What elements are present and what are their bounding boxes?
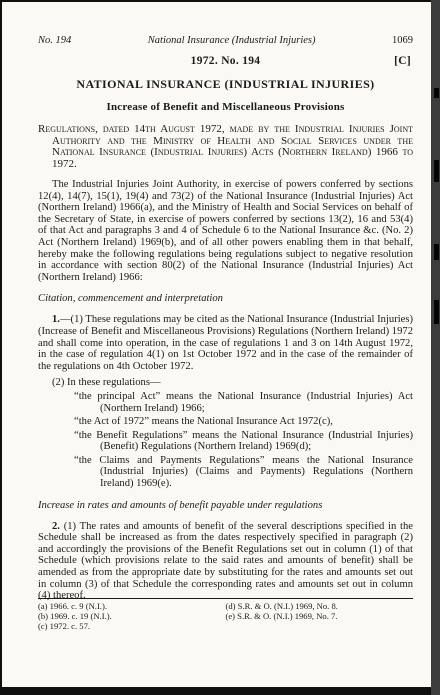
doc-year-number: 1972. No. 194 <box>191 55 261 67</box>
footnote-block: (a) 1966. c. 9 (N.I.). (b) 1969. c. 19 (… <box>38 598 413 631</box>
doc-title: NATIONAL INSURANCE (INDUSTRIAL INJURIES) <box>38 77 413 92</box>
regulation1-sub2-intro: (2) In these regulations— <box>38 377 413 389</box>
regulation2-marker: 2. <box>52 521 60 532</box>
definition-act-of-1972: “the Act of 1972” means the National Ins… <box>74 416 413 428</box>
running-header-number: No. 194 <box>38 35 71 46</box>
definition-claims-payments-regulations: “the Claims and Payments Regulations” me… <box>74 455 413 490</box>
footnote-rule <box>38 598 413 599</box>
regulation2-text: (1) The rates and amounts of benefit of … <box>38 521 413 602</box>
running-header-page-number: 1069 <box>392 35 413 46</box>
document-page: No. 194 National Insurance (Industrial I… <box>2 2 431 687</box>
footnote-column-right: (d) S.R. & O. (N.I.) 1969, No. 8. (e) S.… <box>226 601 414 631</box>
regulation2-paragraph: 2. (1) The rates and amounts of benefit … <box>38 521 413 602</box>
regulation1-heading: Citation, commencement and interpretatio… <box>38 293 413 305</box>
regulation1-paragraph: 1.—(1) These regulations may be cited as… <box>38 314 413 372</box>
scan-artifact <box>434 244 439 260</box>
doc-number-line: 1972. No. 194 [C] <box>38 55 413 67</box>
doc-subtitle: Increase of Benefit and Miscellaneous Pr… <box>38 101 413 113</box>
definition-principal-act: “the principal Act” means the National I… <box>74 391 413 414</box>
footnote-columns: (a) 1966. c. 9 (N.I.). (b) 1969. c. 19 (… <box>38 601 413 631</box>
class-mark: [C] <box>394 55 411 67</box>
footnote-a: (a) 1966. c. 9 (N.I.). <box>38 601 226 611</box>
scan-artifact <box>434 160 439 182</box>
running-header: No. 194 National Insurance (Industrial I… <box>38 35 413 46</box>
regulation1-marker: 1. <box>52 314 60 325</box>
footnote-e: (e) S.R. & O. (N.I.) 1969, No. 7. <box>226 611 414 621</box>
footnote-column-left: (a) 1966. c. 9 (N.I.). (b) 1969. c. 19 (… <box>38 601 226 631</box>
footnote-b: (b) 1969. c. 19 (N.I.). <box>38 611 226 621</box>
definition-benefit-regulations: “the Benefit Regulations” means the Nati… <box>74 430 413 453</box>
regulation2-heading: Increase in rates and amounts of benefit… <box>38 500 413 512</box>
regulation1-marker-rest: —(1) <box>60 314 83 325</box>
footnote-c: (c) 1972. c. 57. <box>38 621 226 631</box>
scan-artifact <box>434 88 439 98</box>
scan-edge-strip <box>431 0 440 695</box>
running-header-title: National Insurance (Industrial Injuries) <box>148 35 316 46</box>
scan-artifact <box>434 300 439 324</box>
footnote-d: (d) S.R. & O. (N.I.) 1969, No. 8. <box>226 601 414 611</box>
enacting-paragraph: The Industrial Injuries Joint Authority,… <box>38 179 413 283</box>
preamble: Regulations, dated 14th August 1972, mad… <box>38 124 413 170</box>
regulation1-text: These regulations may be cited as the Na… <box>38 314 413 371</box>
